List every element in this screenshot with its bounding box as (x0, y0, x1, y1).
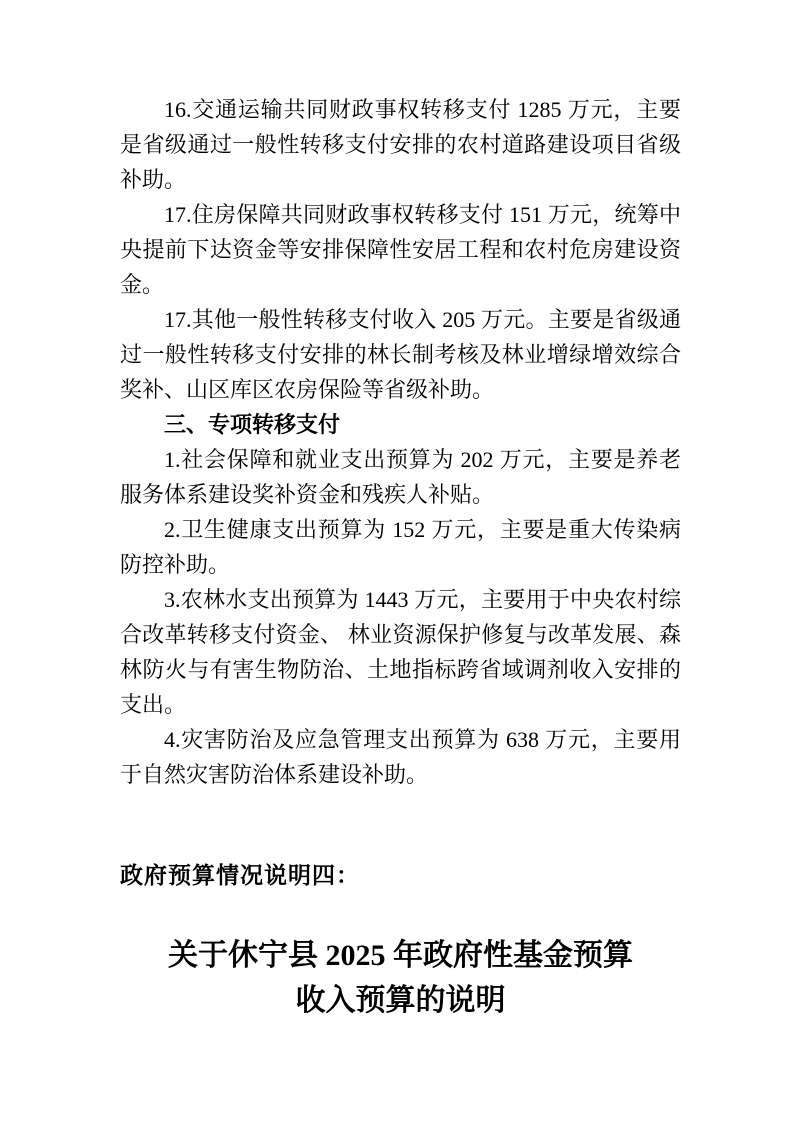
title-line-1: 关于休宁县 2025 年政府性基金预算 (120, 933, 681, 978)
next-document-title: 关于休宁县 2025 年政府性基金预算 收入预算的说明 (120, 933, 681, 1023)
document-page: 16.交通运输共同财政事权转移支付 1285 万元，主要是省级通过一般性转移支付… (0, 0, 793, 1122)
paragraph-1-social-security: 1.社会保障和就业支出预算为 202 万元，主要是养老服务体系建设奖补资金和残疾… (120, 442, 681, 512)
paragraph-2-health: 2.卫生健康支出预算为 152 万元，主要是重大传染病防控补助。 (120, 512, 681, 582)
paragraph-4-disaster: 4.灾害防治及应急管理支出预算为 638 万元，主要用于自然灾害防治体系建设补助… (120, 722, 681, 792)
paragraph-3-agriculture: 3.农林水支出预算为 1443 万元，主要用于中央农村综合改革转移支付资金、 林… (120, 582, 681, 722)
paragraph-17-housing: 17.住房保障共同财政事权转移支付 151 万元，统筹中央提前下达资金等安排保障… (120, 197, 681, 302)
paragraph-17-other-transfer: 17.其他一般性转移支付收入 205 万元。主要是省级通过一般性转移支付安排的林… (120, 302, 681, 407)
paragraph-16-transport: 16.交通运输共同财政事权转移支付 1285 万元，主要是省级通过一般性转移支付… (120, 92, 681, 197)
page-content: 16.交通运输共同财政事权转移支付 1285 万元，主要是省级通过一般性转移支付… (120, 92, 681, 1023)
note-label: 政府预算情况说明四： (120, 860, 681, 890)
title-line-2: 收入预算的说明 (120, 978, 681, 1023)
section-heading-special-transfer: 三、专项转移支付 (120, 407, 681, 442)
